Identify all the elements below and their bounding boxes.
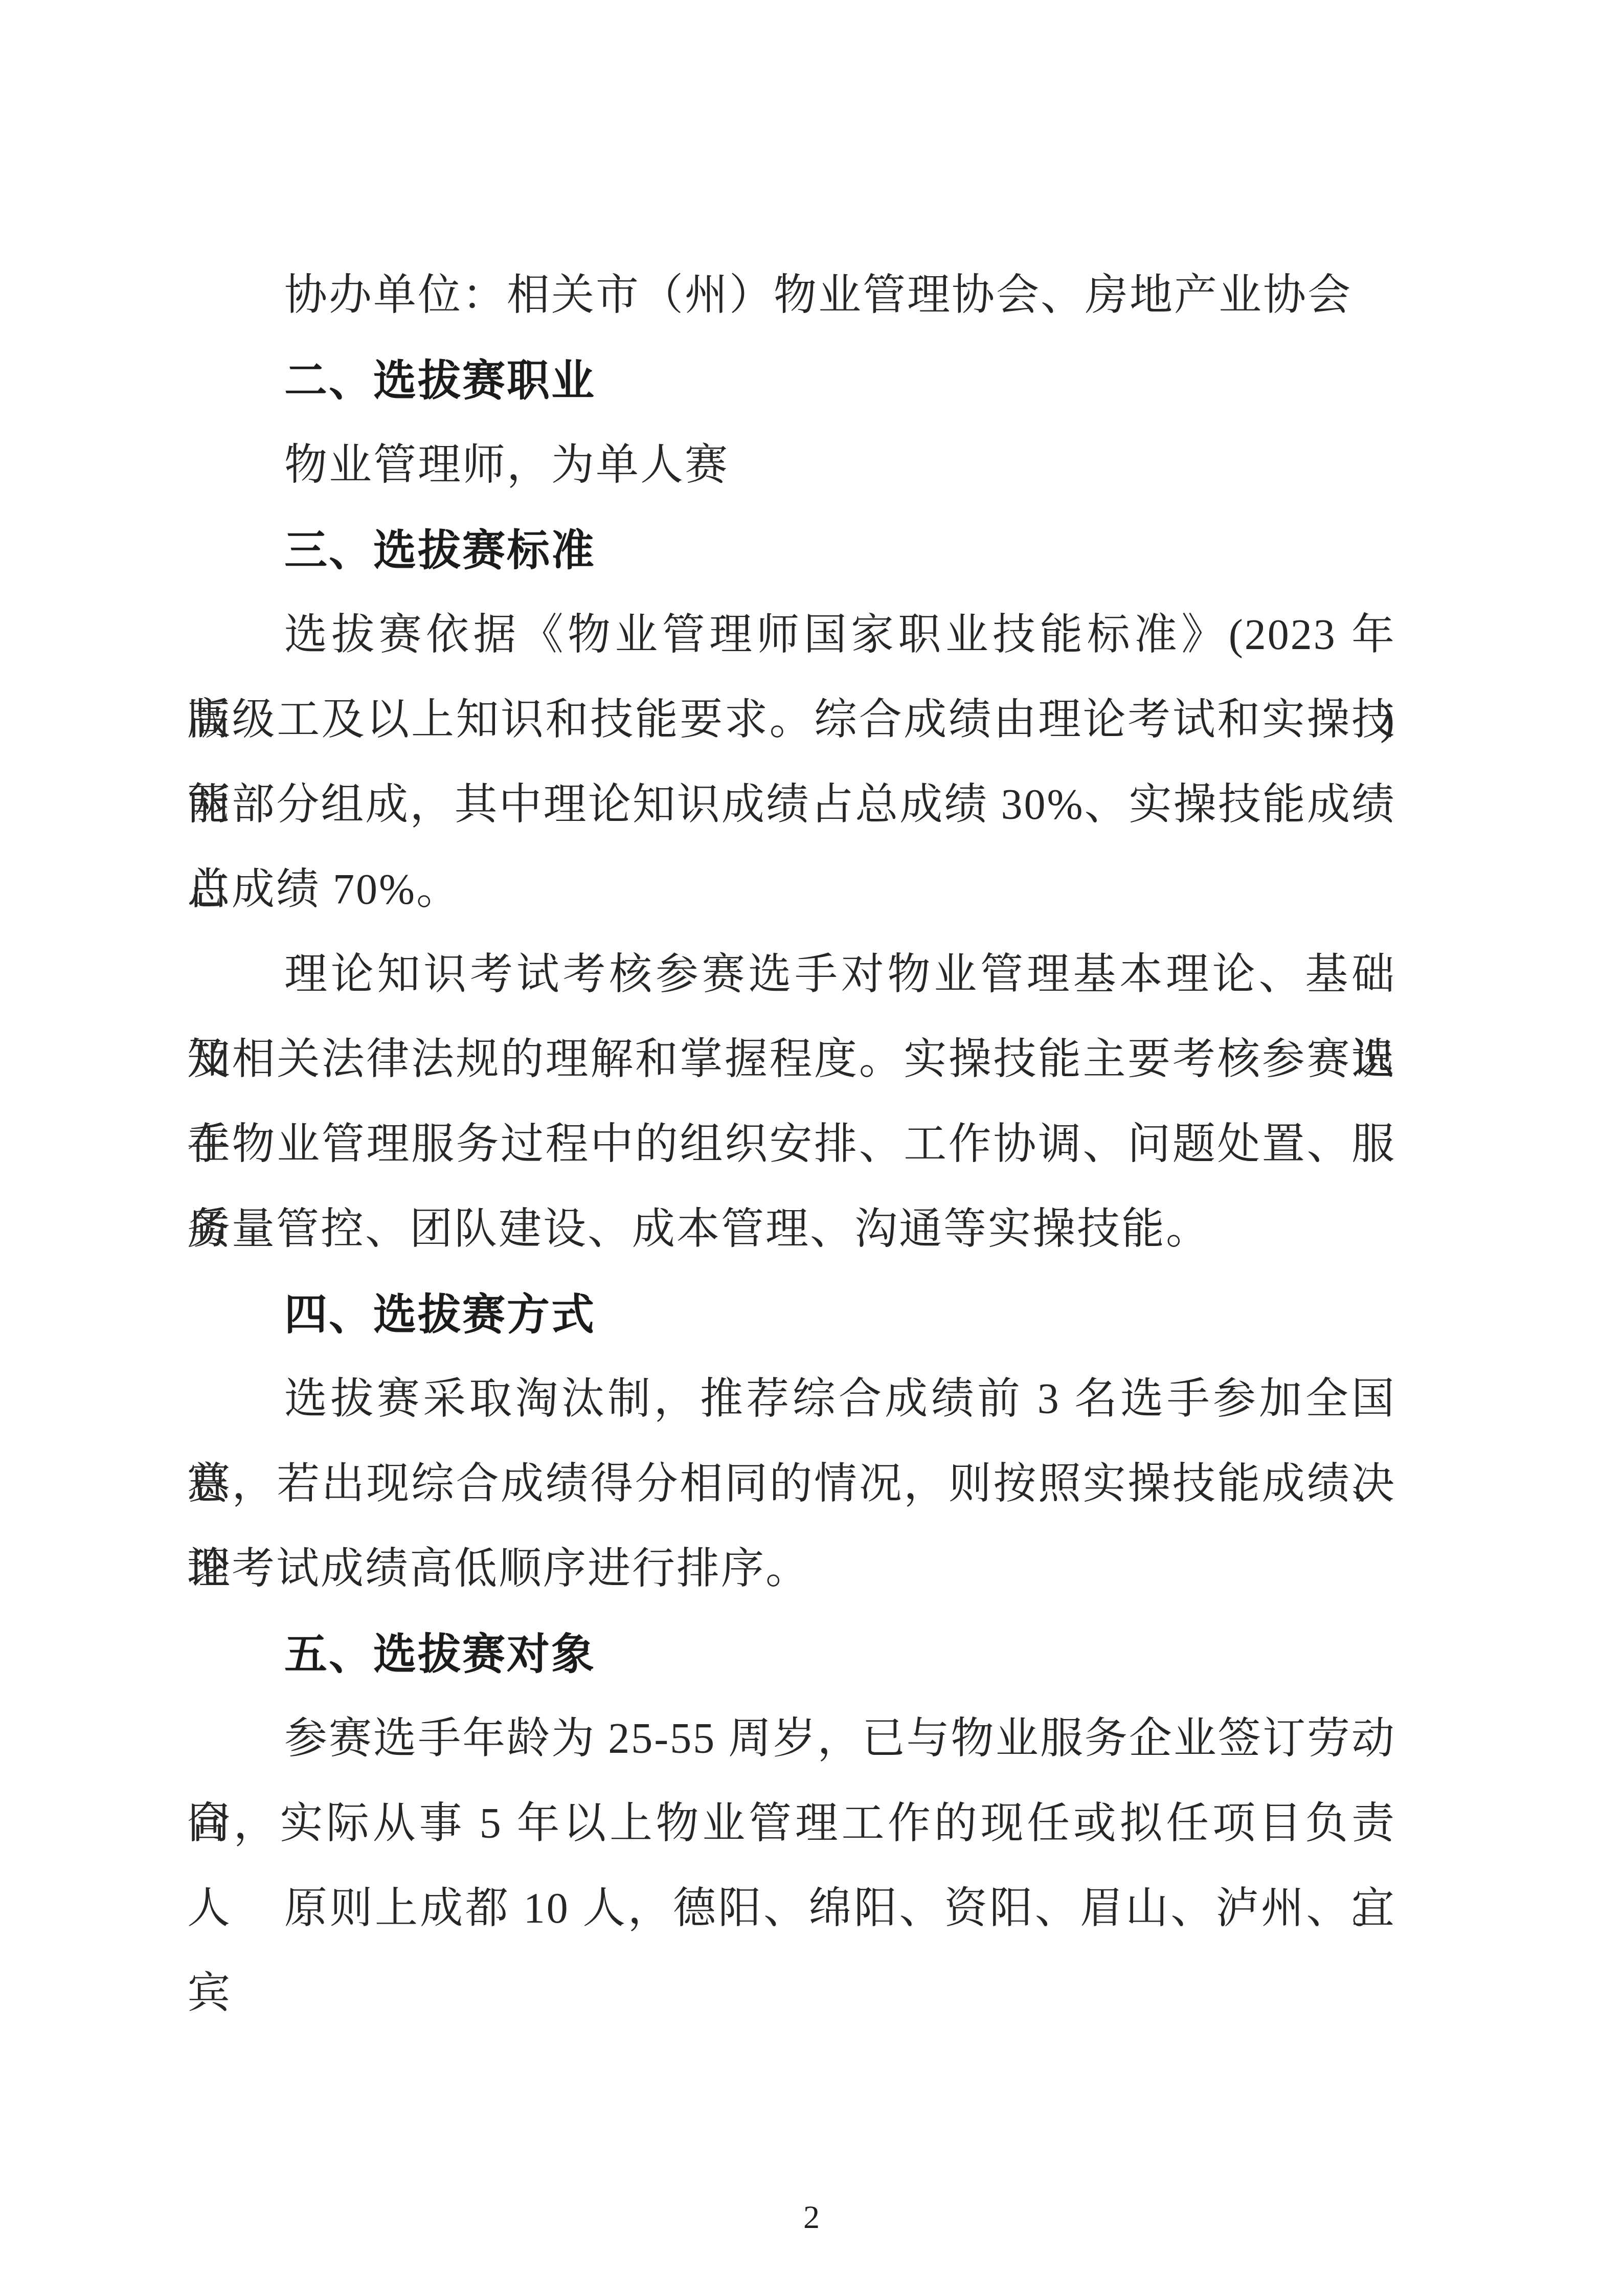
body-line-standard-1: 选拔赛依据《物业管理师国家职业技能标准》(2023 年版) bbox=[187, 593, 1396, 678]
section-heading-3: 三、选拔赛标准 bbox=[187, 508, 1396, 593]
body-line-quota-1: 原则上成都 10 人，德阳、绵阳、资阳、眉山、泸州、宜宾 bbox=[187, 1866, 1396, 1951]
body-line-target-1: 参赛选手年龄为 25-55 周岁，已与物业服务企业签订劳动合 bbox=[187, 1697, 1396, 1781]
body-line-theory-2: 及相关法律法规的理解和掌握程度。实操技能主要考核参赛选手 bbox=[187, 1017, 1396, 1102]
body-line-method-3: 论考试成绩高低顺序进行排序。 bbox=[187, 1527, 1396, 1612]
body-line-theory-4: 质量管控、团队建设、成本管理、沟通等实操技能。 bbox=[187, 1187, 1396, 1272]
section-heading-5: 五、选拔赛对象 bbox=[187, 1612, 1396, 1697]
document-text-block: 协办单位：相关市（州）物业管理协会、房地产业协会 二、选拔赛职业 物业管理师，为… bbox=[187, 253, 1396, 1951]
body-line-target-2: 同，实际从事 5 年以上物业管理工作的现任或拟任项目负责人。 bbox=[187, 1781, 1396, 1866]
body-line-co-organizer: 协办单位：相关市（州）物业管理协会、房地产业协会 bbox=[187, 253, 1396, 338]
body-line-theory-1: 理论知识考试考核参赛选手对物业管理基本理论、基础知识 bbox=[187, 932, 1396, 1017]
body-line-standard-4: 总成绩 70%。 bbox=[187, 848, 1396, 932]
body-line-theory-3: 在物业管理服务过程中的组织安排、工作协调、问题处置、服务 bbox=[187, 1102, 1396, 1187]
body-line-method-2: 赛，若出现综合成绩得分相同的情况，则按照实操技能成绩、理 bbox=[187, 1442, 1396, 1527]
section-heading-2: 二、选拔赛职业 bbox=[187, 338, 1396, 423]
body-line-standard-2: 高级工及以上知识和技能要求。综合成绩由理论考试和实操技能 bbox=[187, 678, 1396, 763]
document-page: 协办单位：相关市（州）物业管理协会、房地产业协会 二、选拔赛职业 物业管理师，为… bbox=[0, 0, 1623, 2296]
body-line-standard-3: 两部分组成，其中理论知识成绩占总成绩 30%、实操技能成绩占 bbox=[187, 763, 1396, 848]
page-number: 2 bbox=[0, 2194, 1623, 2240]
section-heading-4: 四、选拔赛方式 bbox=[187, 1272, 1396, 1357]
body-line-method-1: 选拔赛采取淘汰制，推荐综合成绩前 3 名选手参加全国总决 bbox=[187, 1357, 1396, 1442]
body-line-occupation: 物业管理师，为单人赛 bbox=[187, 423, 1396, 508]
